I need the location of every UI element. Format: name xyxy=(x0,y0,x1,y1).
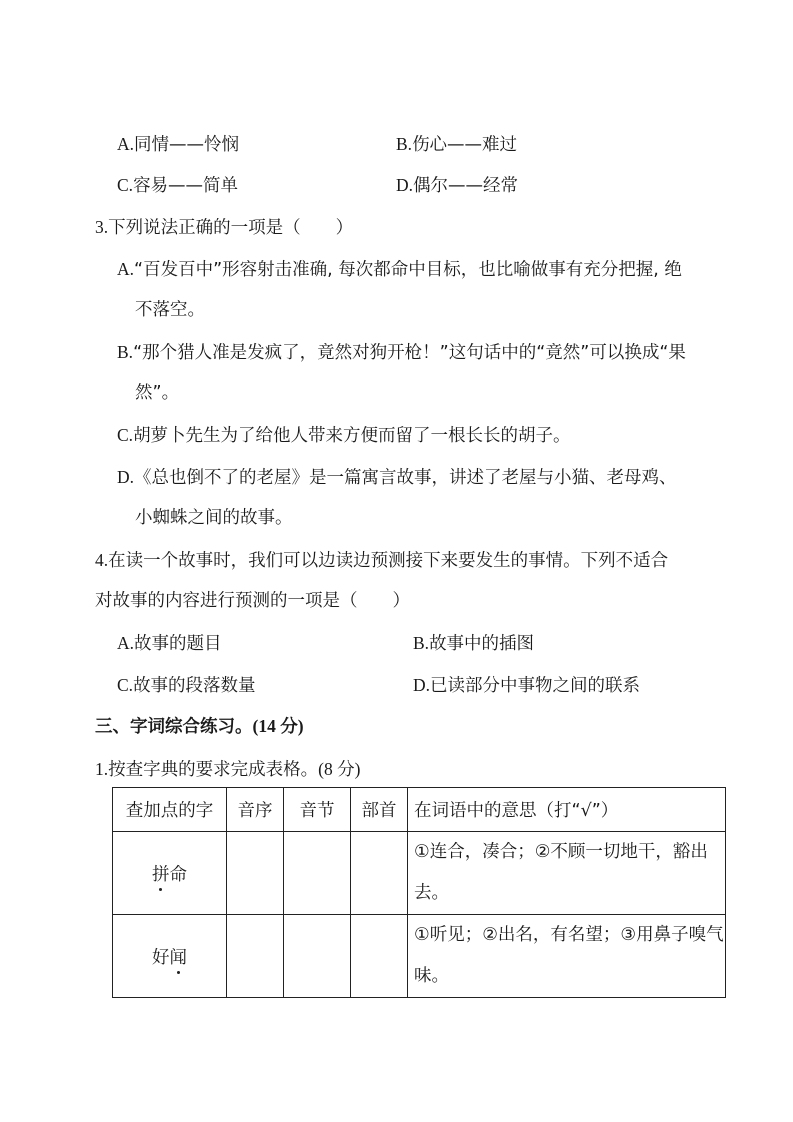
q3-option-d: D.《总也倒不了的老屋》是一篇寓言故事，讲述了老屋与小猫、老母鸡、 xyxy=(117,466,677,489)
meaning-cell[interactable]: ①连合，凑合；②不顾一切地干，豁出去。 xyxy=(408,832,726,915)
header-yinxu: 音序 xyxy=(227,788,284,832)
bushou-input[interactable] xyxy=(351,915,408,998)
table-row: 拼命 ①连合，凑合；②不顾一切地干，豁出去。 xyxy=(113,832,726,915)
q2-option-c: C.容易——简单 xyxy=(117,174,238,197)
meaning-cell[interactable]: ①听见；②出名，有名望；③用鼻子嗅气味。 xyxy=(408,915,726,998)
emphasized-char: 拼 xyxy=(152,861,170,886)
yinjie-input[interactable] xyxy=(284,915,351,998)
q3-option-a: A.“百发百中”形容射击准确, 每次都命中目标，也比喻做事有充分把握, 绝 xyxy=(117,258,682,281)
q3-option-b-cont: 然”。 xyxy=(135,382,179,404)
word-cell: 拼命 xyxy=(113,832,227,915)
q4-option-d: D.已读部分中事物之间的联系 xyxy=(413,674,640,697)
table-row: 好闻 ①听见；②出名，有名望；③用鼻子嗅气味。 xyxy=(113,915,726,998)
header-yinjie: 音节 xyxy=(284,788,351,832)
header-bushou: 部首 xyxy=(351,788,408,832)
header-meaning: 在词语中的意思（打“√”） xyxy=(408,788,726,832)
q2-option-b: B.伤心——难过 xyxy=(396,133,517,156)
bushou-input[interactable] xyxy=(351,832,408,915)
q2-option-d: D.偶尔——经常 xyxy=(396,174,518,197)
q3-option-d-cont: 小蜘蛛之间的故事。 xyxy=(135,507,293,529)
yinjie-input[interactable] xyxy=(284,832,351,915)
q4-option-a: A.故事的题目 xyxy=(117,632,222,655)
q4-stem-cont: 对故事的内容进行预测的一项是（ ） xyxy=(95,590,410,612)
emphasized-char: 闻 xyxy=(170,944,188,969)
q3-option-c: C.胡萝卜先生为了给他人带来方便而留了一根长长的胡子。 xyxy=(117,424,571,447)
q3-option-a-cont: 不落空。 xyxy=(135,299,205,321)
table-header-row: 查加点的字 音序 音节 部首 在词语中的意思（打“√”） xyxy=(113,788,726,832)
q3-option-b: B.“那个猎人准是发疯了，竟然对狗开枪！”这句话中的“竟然”可以换成“果 xyxy=(117,341,686,364)
word-cell: 好闻 xyxy=(113,915,227,998)
section-heading: 三、字词综合练习。(14 分) xyxy=(95,715,304,738)
q3-stem: 3.下列说法正确的一项是（ ） xyxy=(95,216,353,239)
q4-option-c: C.故事的段落数量 xyxy=(117,674,256,697)
yinxu-input[interactable] xyxy=(227,915,284,998)
header-char: 查加点的字 xyxy=(113,788,227,832)
task-1-instruction: 1.按查字典的要求完成表格。(8 分) xyxy=(95,758,360,781)
q2-option-a: A.同情——怜悯 xyxy=(117,133,239,156)
q4-option-b: B.故事中的插图 xyxy=(413,632,534,655)
dictionary-table: 查加点的字 音序 音节 部首 在词语中的意思（打“√”） 拼命 ①连合，凑合；②… xyxy=(112,787,726,998)
q4-stem: 4.在读一个故事时，我们可以边读边预测接下来要发生的事情。下列不适合 xyxy=(95,549,668,572)
yinxu-input[interactable] xyxy=(227,832,284,915)
